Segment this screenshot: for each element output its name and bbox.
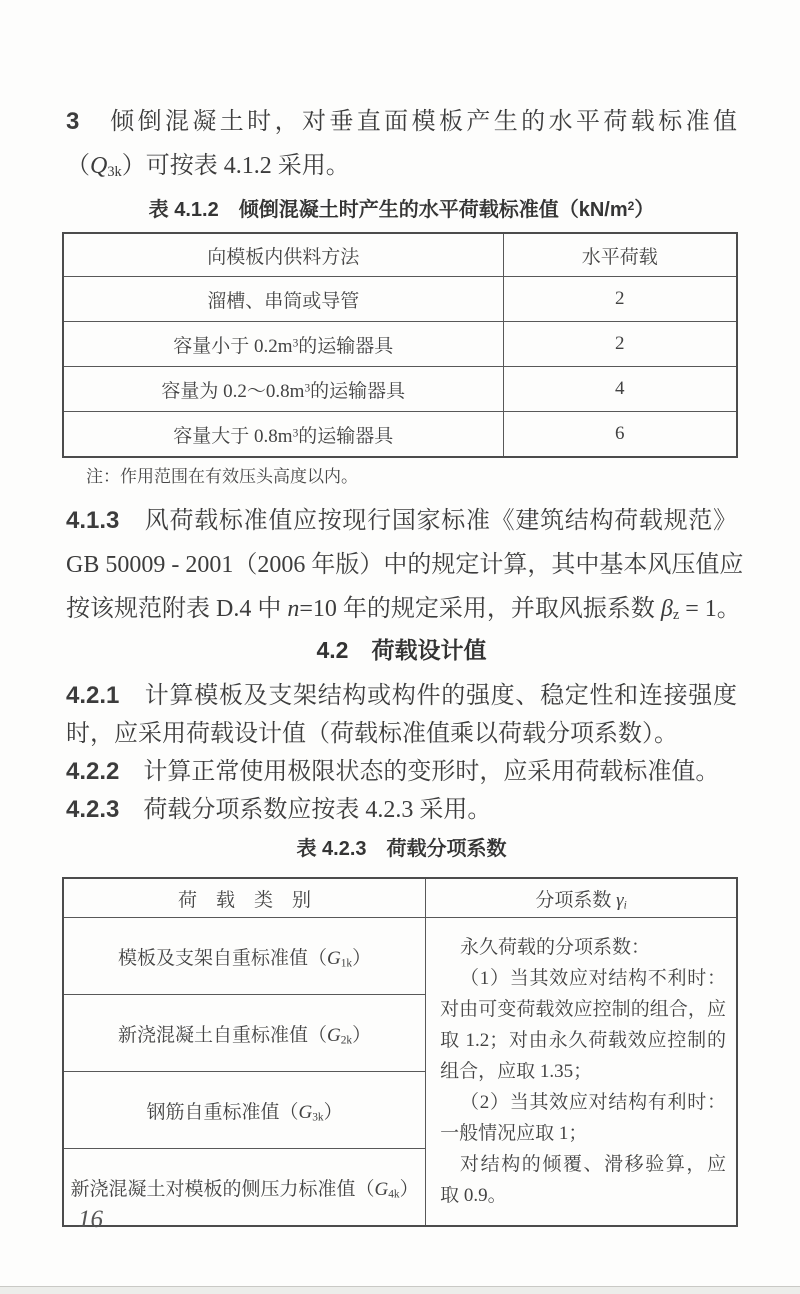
clause-413-paragraph: 4.1.3 风荷载标准值应按现行国家标准《建筑结构荷载规范》 GB 50009 … [66,499,737,631]
page-number: 16 [78,1206,103,1234]
table-412-header-method: 向模板内供料方法 [63,233,503,277]
page-content: 3 倾倒混凝土时，对垂直面模板产生的水平荷载标准值 （Q3k）可按表 4.1.2… [0,0,800,1227]
table-423-header-row: 荷 载 类 别 分项系数 γi [63,878,737,918]
load-category-cell: 钢筋自重标准值（G3k） [63,1072,426,1149]
text-line: 4.2.1 计算模板及支架结构或构件的强度、稳定性和连接强度 [66,677,737,715]
text-line: （Q3k）可按表 4.1.2 采用。 [66,144,737,188]
load-cell: 6 [503,412,737,458]
method-cell: 容量小于 0.2m3的运输器具 [63,322,503,367]
scan-edge [0,1286,800,1294]
load-category-cell: 新浇混凝土对模板的侧压力标准值（G4k） [63,1149,426,1227]
text-line: GB 50009 - 2001（2006 年版）中的规定计算，其中基本风压值应 [66,543,737,587]
table-row: 容量为 0.2～0.8m3的运输器具 4 [63,367,737,412]
factor-paragraph: 永久荷载的分项系数： [440,932,726,963]
factor-paragraph: （1）当其效应对结构不利时：对由可变荷载效应控制的组合，应取 1.2；对由永久荷… [440,963,726,1087]
text-line: 时，应采用荷载设计值（荷载标准值乘以荷载分项系数）。 [66,715,737,753]
method-cell: 容量大于 0.8m3的运输器具 [63,412,503,458]
table-423-header-factor: 分项系数 γi [426,878,737,918]
clause-421-paragraph: 4.2.1 计算模板及支架结构或构件的强度、稳定性和连接强度 时，应采用荷载设计… [66,677,737,753]
load-cell: 4 [503,367,737,412]
load-category-cell: 模板及支架自重标准值（G1k） [63,918,426,995]
table-412: 向模板内供料方法 水平荷载 溜槽、串筒或导管 2 容量小于 0.2m3的运输器具… [62,232,738,458]
text-line: 3 倾倒混凝土时，对垂直面模板产生的水平荷载标准值 [66,100,737,144]
text-line: 4.1.3 风荷载标准值应按现行国家标准《建筑结构荷载规范》 [66,499,737,543]
clause-423-paragraph: 4.2.3 荷载分项系数应按表 4.2.3 采用。 [66,791,737,829]
text-line: 按该规范附表 D.4 中 n=10 年的规定采用，并取风振系数 βz = 1。 [66,587,737,631]
table-423: 荷 载 类 别 分项系数 γi 模板及支架自重标准值（G1k） 永久荷载的分项系… [62,877,738,1227]
text-line: 4.2.3 荷载分项系数应按表 4.2.3 采用。 [66,791,737,829]
load-cell: 2 [503,322,737,367]
table-row: 容量大于 0.8m3的运输器具 6 [63,412,737,458]
table-412-header-load: 水平荷载 [503,233,737,277]
document-page: 3 倾倒混凝土时，对垂直面模板产生的水平荷载标准值 （Q3k）可按表 4.1.2… [0,0,800,1294]
table-row: 溜槽、串筒或导管 2 [63,277,737,322]
factor-description-cell: 永久荷载的分项系数： （1）当其效应对结构不利时：对由可变荷载效应控制的组合，应… [426,918,737,1227]
text-line: 4.2.2 计算正常使用极限状态的变形时，应采用荷载标准值。 [66,753,737,791]
section-42-heading: 4.2 荷载设计值 [66,635,737,665]
clause-3-paragraph: 3 倾倒混凝土时，对垂直面模板产生的水平荷载标准值 （Q3k）可按表 4.1.2… [66,100,737,188]
table-row: 模板及支架自重标准值（G1k） 永久荷载的分项系数： （1）当其效应对结构不利时… [63,918,737,995]
table-412-title: 表 4.1.2 倾倒混凝土时产生的水平荷载标准值（kN/m2） [66,196,737,224]
load-cell: 2 [503,277,737,322]
table-412-note: 注：作用范围在有效压头高度以内。 [86,467,737,487]
method-cell: 容量为 0.2～0.8m3的运输器具 [63,367,503,412]
clause-422-paragraph: 4.2.2 计算正常使用极限状态的变形时，应采用荷载标准值。 [66,753,737,791]
table-423-header-category: 荷 载 类 别 [63,878,426,918]
factor-paragraph: 对结构的倾覆、滑移验算，应取 0.9。 [440,1149,726,1211]
method-cell: 溜槽、串筒或导管 [63,277,503,322]
table-row: 容量小于 0.2m3的运输器具 2 [63,322,737,367]
load-category-cell: 新浇混凝土自重标准值（G2k） [63,995,426,1072]
table-412-header-row: 向模板内供料方法 水平荷载 [63,233,737,277]
table-423-title: 表 4.2.3 荷载分项系数 [66,835,737,863]
factor-paragraph: （2）当其效应对结构有利时：一般情况应取 1； [440,1087,726,1149]
